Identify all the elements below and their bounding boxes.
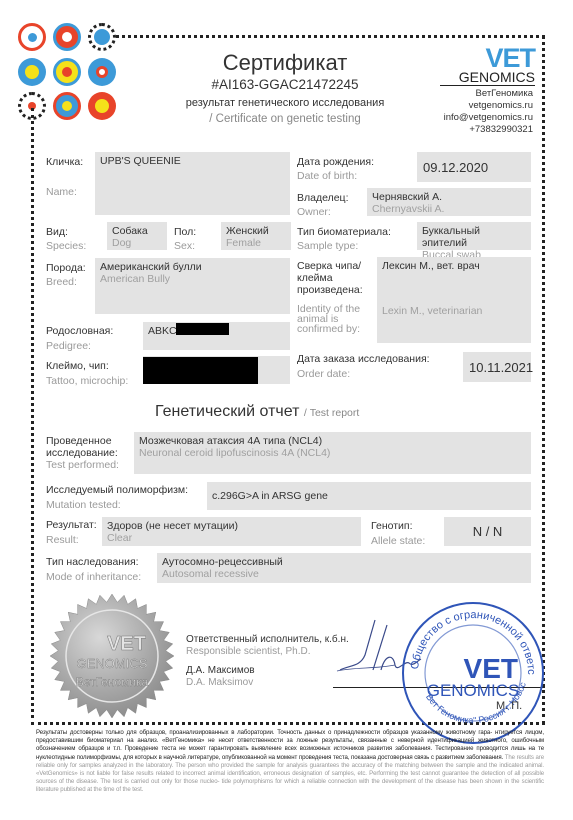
disclaimer-ru: Результаты достоверны только для образцо… — [36, 729, 544, 761]
redacted-tattoo — [143, 357, 258, 384]
tattoo-label-en: Tattoo, microchip: — [46, 375, 128, 387]
genotype-label-ru: Генотип: — [371, 520, 413, 532]
redacted-pedigree — [176, 323, 229, 335]
company-stamp-icon: Общество с ограниченной ответственностью… — [398, 598, 548, 748]
logo-genomics: GENOMICS — [440, 70, 535, 86]
signer-name-ru: Д.А. Максимов — [186, 665, 349, 677]
order-label-en: Order date: — [297, 368, 350, 380]
species-label-ru: Вид: — [46, 226, 68, 238]
certificate-number: #AI163-GGAC21472245 — [150, 77, 420, 92]
birth-date-field: 09.12.2020 — [417, 152, 531, 182]
birth-date-value: 09.12.2020 — [423, 160, 526, 175]
company-email[interactable]: info@vetgenomics.ru — [420, 112, 533, 124]
order-date-value: 10.11.2021 — [469, 360, 526, 375]
result-value-ru: Здоров (не несет мутации) — [107, 520, 356, 532]
owner-field: Чернявский А. Chernyavskii A. — [367, 188, 531, 216]
name-label-ru: Кличка: — [46, 156, 83, 168]
sample-label-en: Sample type: — [297, 240, 358, 252]
identity-value-en: Lexin M., veterinarian — [382, 305, 526, 317]
mutation-label-ru: Исследуемый полиморфизм: — [46, 484, 188, 496]
test-value-en: Neuronal ceroid lipofuscinosis 4A (NCL4) — [139, 447, 526, 459]
breed-value-ru: Американский булли — [100, 261, 285, 273]
owner-value-ru: Чернявский А. — [372, 191, 526, 203]
circle-icon — [25, 65, 39, 79]
circle-icon — [62, 67, 72, 77]
report-title: Генетический отчет / Test report — [155, 403, 359, 421]
signature-block: Ответственный исполнитель, к.б.н. Respon… — [186, 634, 349, 689]
stamp-genomics: GENOMICS — [427, 681, 520, 700]
breed-value-en: American Bully — [100, 273, 285, 285]
sex-label-en: Sex: — [174, 240, 195, 252]
emboss-vet: VET — [107, 633, 146, 655]
circle-icon — [94, 29, 110, 45]
genotype-value: N / N — [449, 524, 526, 539]
inheritance-label-en: Mode of inheritance: — [46, 571, 141, 583]
tattoo-label-ru: Клеймо, чип: — [46, 360, 109, 372]
owner-value-en: Chernyavskii A. — [372, 203, 526, 215]
species-value-en: Dog — [112, 237, 162, 249]
result-label-en: Result: — [46, 534, 79, 546]
result-field: Здоров (не несет мутации) Clear — [102, 517, 361, 546]
stamp-mark: М. П. — [496, 700, 522, 712]
sex-label-ru: Пол: — [174, 226, 196, 238]
species-value-ru: Собака — [112, 225, 162, 237]
result-label-ru: Результат: — [46, 519, 97, 531]
sample-value-ru: Буккальный эпителий — [422, 225, 526, 249]
test-label-ru: Проведенное исследование: — [46, 435, 121, 459]
company-name: ВетГеномика — [420, 88, 533, 100]
genotype-field: N / N — [444, 517, 531, 546]
report-title-ru: Генетический отчет — [155, 403, 299, 420]
breed-label-en: Breed: — [46, 276, 77, 288]
mutation-value: c.296G>A in ARSG gene — [212, 490, 526, 502]
signer-role-en: Responsible scientist, Ph.D. — [186, 646, 349, 658]
circle-icon — [95, 99, 109, 113]
embossed-seal-icon: VET GENOMICS ВетГеномика — [38, 592, 186, 720]
certificate-frame — [116, 35, 545, 38]
test-value-ru: Мозжечковая атаксия 4А типа (NCL4) — [139, 435, 526, 447]
species-label-en: Species: — [46, 240, 86, 252]
mutation-label-en: Mutation tested: — [46, 499, 121, 511]
result-value-en: Clear — [107, 532, 356, 544]
pedigree-label-ru: Родословная: — [46, 325, 113, 337]
inheritance-value-ru: Аутосомно-рецессивный — [162, 556, 526, 568]
owner-label-ru: Владелец: — [297, 192, 349, 204]
company-logo: VET GENOMICS — [440, 46, 535, 86]
test-field: Мозжечковая атаксия 4А типа (NCL4) Neuro… — [134, 432, 531, 474]
subtitle-en: / Certificate on genetic testing — [150, 113, 420, 125]
circle-icon — [62, 32, 72, 42]
subtitle-ru: результат генетического исследования — [150, 97, 420, 109]
breed-label-ru: Порода: — [46, 262, 86, 274]
emboss-name: ВетГеномика — [76, 675, 149, 689]
signer-name-en: D.A. Maksimov — [186, 677, 349, 689]
species-field: Собака Dog — [107, 222, 167, 250]
circle-icon — [96, 66, 108, 78]
breed-field: Американский булли American Bully — [95, 258, 290, 314]
certificate-title: Сертификат — [150, 50, 420, 76]
footer-disclaimer: Результаты достоверны только для образцо… — [36, 729, 544, 795]
inheritance-value-en: Autosomal recessive — [162, 568, 526, 580]
birth-label-ru: Дата рождения: — [297, 156, 374, 168]
order-label-ru: Дата заказа исследования: — [297, 353, 430, 365]
frame-left — [31, 108, 34, 725]
stamp-vet: VET — [464, 653, 518, 684]
identity-label-en: Identity of the animal is confirmed by: — [297, 304, 369, 334]
circle-icon — [28, 33, 37, 42]
owner-label-en: Owner: — [297, 206, 331, 218]
name-label-en: Name: — [46, 186, 77, 198]
sex-value-ru: Женский — [226, 225, 286, 237]
identity-label-ru: Сверка чипа/клейма произведена: — [297, 260, 369, 296]
identity-field: Лексин М., вет. врач Lexin M., veterinar… — [377, 257, 531, 343]
logo-vet: VET — [440, 46, 535, 70]
company-phone: +73832990321 — [420, 124, 533, 136]
circle-icon — [62, 101, 72, 111]
emboss-genomics: GENOMICS — [77, 656, 148, 671]
sex-field: Женский Female — [221, 222, 291, 250]
identity-value-ru: Лексин М., вет. врач — [382, 260, 526, 272]
company-website[interactable]: vetgenomics.ru — [420, 100, 533, 112]
name-field: UPB'S QUEENIE — [95, 152, 290, 215]
test-label-en: Test performed: — [46, 459, 119, 471]
pedigree-label-en: Pedigree: — [46, 340, 91, 352]
inheritance-field: Аутосомно-рецессивный Autosomal recessiv… — [157, 553, 531, 583]
genotype-label-en: Allele state: — [371, 535, 425, 547]
company-contacts: ВетГеномика vetgenomics.ru info@vetgenom… — [420, 88, 533, 136]
name-value: UPB'S QUEENIE — [100, 155, 285, 167]
report-title-en: / Test report — [304, 407, 359, 419]
sample-field: Буккальный эпителий Buccal swab — [417, 222, 531, 250]
signer-role-ru: Ответственный исполнитель, к.б.н. — [186, 634, 349, 646]
order-date-field: 10.11.2021 — [463, 352, 531, 382]
birth-label-en: Date of birth: — [297, 170, 357, 182]
mutation-field: c.296G>A in ARSG gene — [207, 482, 531, 510]
inheritance-label-ru: Тип наследования: — [46, 556, 139, 568]
sample-label-ru: Тип биоматериала: — [297, 226, 391, 238]
sex-value-en: Female — [226, 237, 286, 249]
